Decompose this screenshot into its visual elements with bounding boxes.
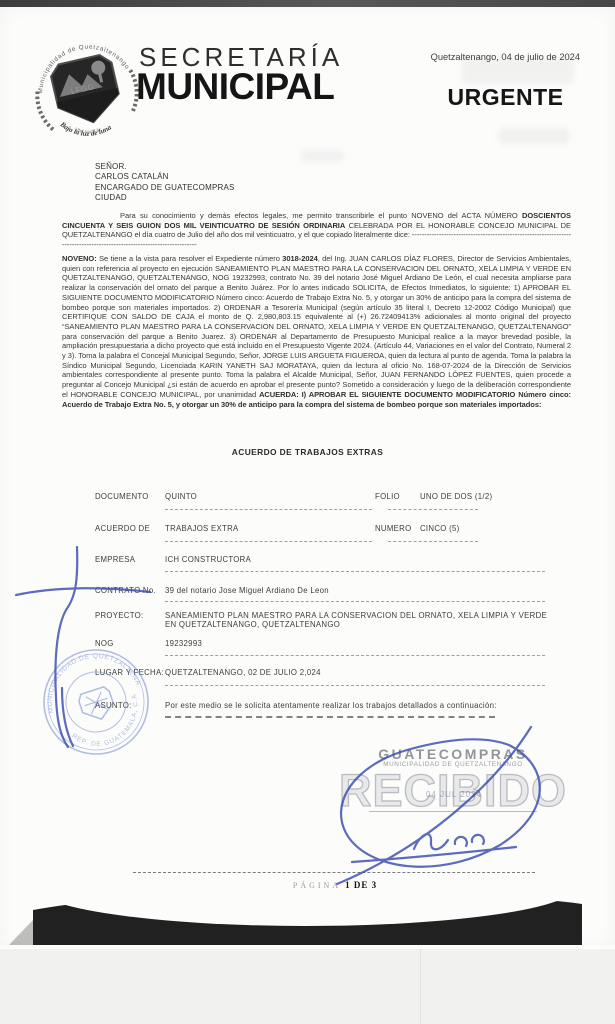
blue-round-stamp: MUNICIPALIDAD DE QUETZALTENANGO REP. DE … bbox=[40, 646, 152, 758]
field-value: 39 del notario Jose Miguel Ardiano De Le… bbox=[165, 586, 547, 595]
field-label: DOCUMENTO bbox=[95, 492, 149, 501]
field-underline bbox=[165, 685, 545, 686]
field-label: FOLIO bbox=[375, 492, 400, 501]
form-row: ACUERDO DE TRABAJOS EXTRA NUMERO CINCO (… bbox=[0, 524, 615, 546]
field-value: 19232993 bbox=[165, 639, 547, 648]
received-stamp-date: 04 JUL 2024 bbox=[394, 790, 514, 799]
bleed-smudge bbox=[498, 128, 570, 144]
scan-top-edge bbox=[0, 0, 615, 7]
received-stamp: GUATECOMPRAS MUNICIPALIDAD DE QUETZALTEN… bbox=[336, 746, 570, 812]
transcription-paragraph: NOVENO: Se tiene a la vista para resolve… bbox=[62, 254, 571, 445]
addressee-line: CIUDAD bbox=[95, 193, 235, 203]
addressee-block: SEÑOR. CARLOS CATALÁN ENCARGADO DE GUATE… bbox=[95, 162, 235, 204]
addressee-line: ENCARGADO DE GUATECOMPRAS bbox=[95, 183, 235, 193]
field-underline bbox=[165, 716, 495, 718]
field-label: ACUERDO DE bbox=[95, 524, 150, 533]
place-date-line: Quetzaltenango, 04 de julio de 2024 bbox=[360, 52, 580, 62]
received-stamp-title: GUATECOMPRAS bbox=[336, 746, 570, 762]
field-value: TRABAJOS EXTRA bbox=[165, 524, 370, 533]
laurel-left bbox=[35, 89, 53, 132]
field-value: Por este medio se le solicita atentament… bbox=[165, 701, 547, 710]
scan-bottom-shadow bbox=[0, 888, 615, 948]
scanned-document: Municipalidad de Quetzaltenango LFGG Baj… bbox=[0, 0, 615, 1024]
addressee-line: CARLOS CATALÁN bbox=[95, 172, 235, 182]
form-row: CONTRATO No. 39 del notario Jose Miguel … bbox=[0, 586, 615, 608]
field-underline bbox=[165, 541, 372, 542]
bleed-smudge bbox=[300, 150, 344, 162]
form-row: DOCUMENTO QUINTO FOLIO UNO DE DOS (1/2) bbox=[0, 492, 615, 514]
svg-text:MUNICIPALIDAD DE QUETZALTENANG: MUNICIPALIDAD DE QUETZALTENANGO bbox=[40, 646, 142, 718]
scan-background bbox=[0, 948, 615, 1024]
field-underline bbox=[165, 571, 545, 572]
field-underline bbox=[165, 509, 372, 510]
field-value: QUINTO bbox=[165, 492, 370, 501]
field-label: PROYECTO: bbox=[95, 611, 143, 620]
department-title-line2: MUNICIPAL bbox=[136, 66, 334, 108]
urgent-stamp-text: URGENTE bbox=[428, 84, 583, 111]
field-value: SANEAMIENTO PLAN MAESTRO PARA LA CONSERV… bbox=[165, 611, 547, 629]
intro-paragraph: Para su conocimiento y demás efectos leg… bbox=[62, 211, 571, 254]
field-label: CONTRATO No. bbox=[95, 586, 156, 595]
footer-dashed-line bbox=[133, 872, 535, 873]
field-underline bbox=[388, 541, 478, 542]
round-stamp-top-text: MUNICIPALIDAD DE QUETZALTENANGO bbox=[40, 646, 142, 718]
field-underline bbox=[165, 655, 545, 656]
field-label: EMPRESA bbox=[95, 555, 135, 564]
addressee-line: SEÑOR. bbox=[95, 162, 235, 172]
field-value: QUETZALTENANGO, 02 DE JULIO 2,024 bbox=[165, 668, 547, 677]
section-title: ACUERDO DE TRABAJOS EXTRAS bbox=[0, 447, 615, 457]
field-underline bbox=[165, 601, 545, 602]
scan-background-line bbox=[420, 949, 421, 1024]
field-label: NUMERO bbox=[375, 524, 411, 533]
municipal-seal-logo: Municipalidad de Quetzaltenango LFGG Baj… bbox=[25, 29, 147, 151]
field-underline bbox=[388, 509, 478, 510]
form-row: EMPRESA ICH CONSTRUCTORA bbox=[0, 555, 615, 577]
field-value: ICH CONSTRUCTORA bbox=[165, 555, 547, 564]
round-stamp-crest bbox=[77, 686, 117, 724]
field-value: CINCO (5) bbox=[420, 524, 565, 533]
field-value: UNO DE DOS (1/2) bbox=[420, 492, 565, 501]
form-row: PROYECTO: SANEAMIENTO PLAN MAESTRO PARA … bbox=[0, 611, 615, 637]
